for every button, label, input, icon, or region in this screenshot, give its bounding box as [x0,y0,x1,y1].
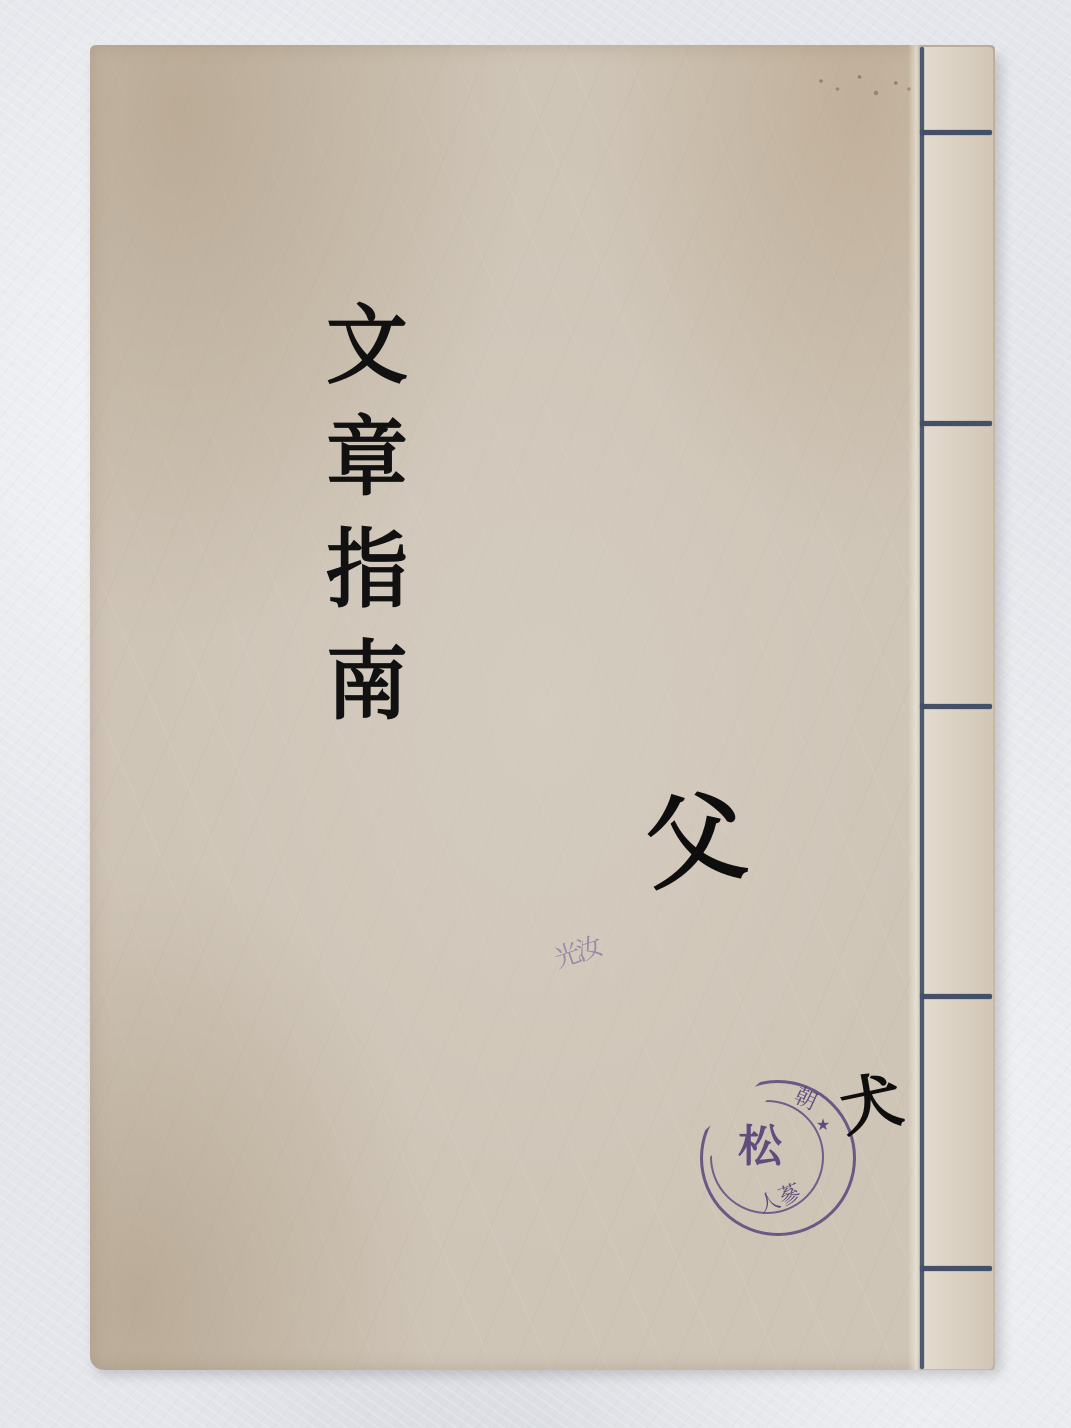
title-char: 文 [326,290,408,402]
foxing-spots [810,65,920,105]
binding-stitch [920,994,992,999]
binding-stitch [920,1266,992,1271]
title-char: 章 [326,402,408,514]
title-char: 指 [326,514,408,626]
handwritten-mark: 父 [627,772,763,908]
book-title: 文 章 指 南 [312,290,422,738]
seal-center-character: 松 [730,1117,790,1177]
binding-stitch [920,130,992,135]
book: 文 章 指 南 父 光汝 松 朝 ★ 人蔘 犬 [90,45,995,1370]
star-icon: ★ [813,1115,833,1135]
binding-stitch [920,704,992,709]
title-char: 南 [326,626,408,738]
book-cover [90,45,995,1370]
binding-stitch [920,421,992,426]
